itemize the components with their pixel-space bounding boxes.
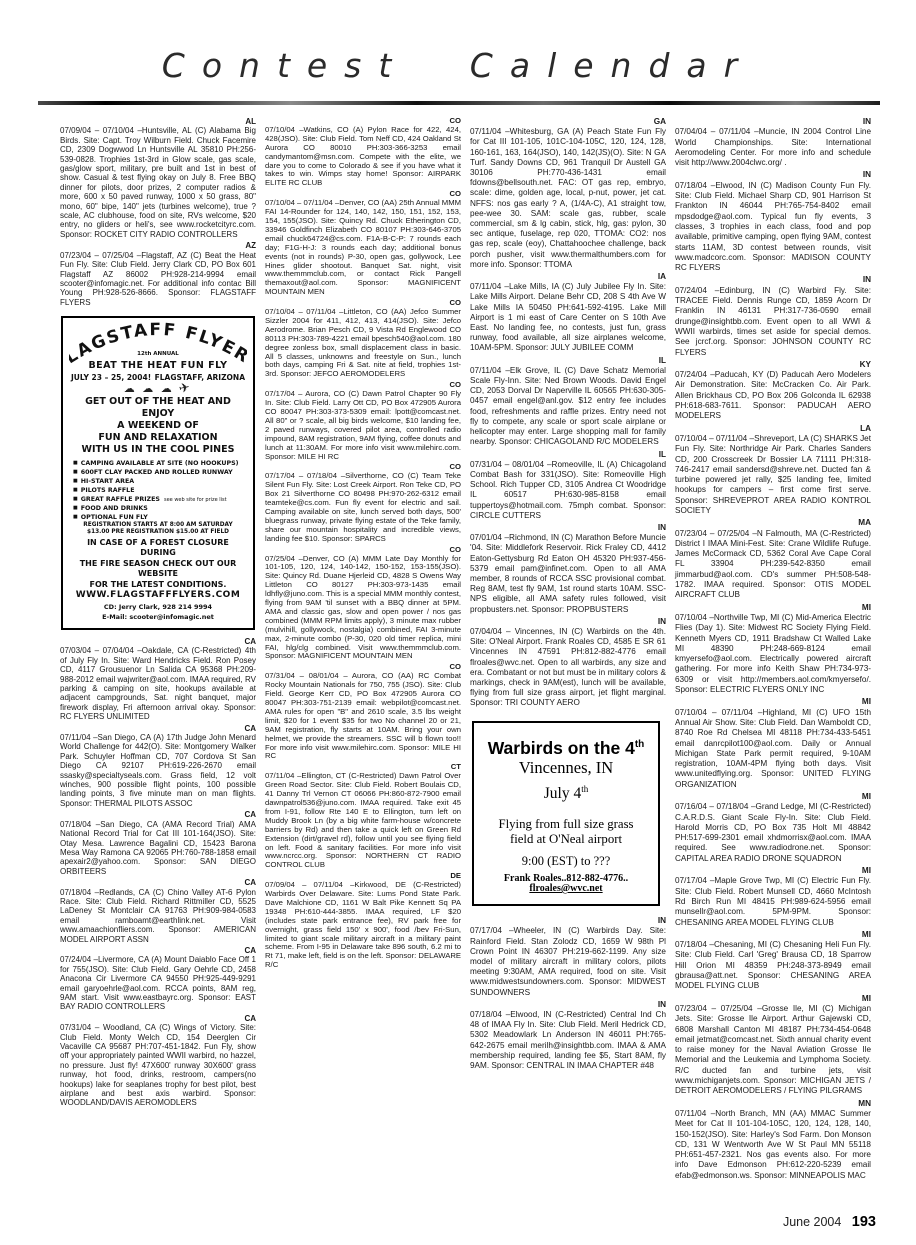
calendar-entry: CA 07/18/04 –San Diego, CA (AMA Record T… [60,810,256,876]
entry-state-label: AL [60,117,256,126]
entry-text: 07/24/04 –Paducah, KY (D) Paducah Aero M… [675,370,871,421]
calendar-entry: CO 07/17/04 – Aurora, CO (C) Dawn Patrol… [265,381,461,461]
entry-text: 07/11/04 –Whitesburg, GA (A) Peach State… [470,127,666,270]
flagstaff-ad-website: WWW.FLAGSTAFFFLYERS.COM [69,591,247,600]
calendar-entry: IN 07/04/04 – 07/11/04 –Muncie, IN 2004 … [675,117,871,168]
calendar-entry: CO 07/25/04 –Denver, CO (A) MMM Late Day… [265,546,461,662]
calendar-entry: LA 07/10/04 – 07/11/04 –Shreveport, LA (… [675,424,871,517]
footer-page-number: 193 [852,1214,876,1230]
entry-state-label: GA [470,117,666,127]
entry-state-label: IA [470,272,666,282]
entry-text: 07/18/04 –Elwood, IN (C-Restricted) Cent… [470,1010,666,1071]
entry-text: 07/11/04 –Lake Mills, IA (C) July Jubile… [470,282,666,353]
calendar-entry: IN 07/01/04 –Richmond, IN (C) Marathon B… [470,523,666,615]
column-3: GA 07/11/04 –Whitesburg, GA (A) Peach St… [470,115,666,1071]
column-1-bottom-entries: CA 07/03/04 – 07/04/04 –Oakdale, CA (C-R… [60,637,256,1108]
entry-state-label: IN [675,117,871,127]
square-bullet-icon: ■ [73,496,78,502]
entry-text: 07/11/04 –Elk Grove, IL (C) Dave Schatz … [470,366,666,448]
entry-state-label: IN [675,170,871,180]
flagstaff-ad-bullet-item: ■OPTIONAL FUN FLY [73,513,247,522]
warbirds-ad-title: Warbirds on the 4th [480,735,652,758]
entry-state-label: IL [470,356,666,366]
entry-text: 07/10/04 –Watkins, CO (A) Pylon Race for… [265,126,461,188]
entry-text: 07/23/04 – 07/25/04 –N Falmouth, MA (C-R… [675,529,871,601]
flagstaff-ad-bullet-item: ■GREAT RAFFLE PRIZESsee web site for pri… [73,495,247,504]
flagstaff-ad-notice-line3: FOR THE LATEST CONDITIONS. [69,580,247,590]
calendar-entry: IN 07/18/04 –Elwood, IN (C) Madison Coun… [675,170,871,273]
flagstaff-ad-line4: WITH US IN THE COOL PINES [69,444,247,456]
warbirds-ad-email: flroales@wvc.net [480,884,652,894]
entry-text: 07/03/04 – 07/04/04 –Oakdale, CA (C-Rest… [60,646,256,721]
calendar-entry: MA 07/23/04 – 07/25/04 –N Falmouth, MA (… [675,518,871,600]
entry-text: 07/11/04 –Ellington, CT (C-Restricted) D… [265,772,461,870]
calendar-entry: CA 07/11/04 –San Diego, CA (A) 17th Judg… [60,724,256,809]
entry-text: 07/04/04 – Vincennes, IN (C) Warbirds on… [470,627,666,709]
entry-state-label: MI [675,603,871,613]
warbirds-ad-body: Flying from full size grass field at O'N… [480,817,652,847]
flagstaff-ad-line3: FUN AND RELAXATION [69,432,247,444]
entry-text: 07/18/04 –San Diego, CA (AMA Record Tria… [60,820,256,876]
flagstaff-ad-notice-line1: IN CASE OF A FOREST CLOSURE DURING [69,538,247,558]
flagstaff-ad-cd-contact: CD: Jerry Clark, 928 214 9994 [69,603,247,612]
column-1: AL 07/09/04 – 07/10/04 –Huntsville, AL (… [60,115,256,1108]
entry-text: 07/10/04 – 07/11/04 –Denver, CO (AA) 25t… [265,199,461,297]
column-4: IN 07/04/04 – 07/11/04 –Muncie, IN 2004 … [675,115,871,1181]
entry-text: 07/18/04 –Chesaning, MI (C) Chesaning He… [675,940,871,991]
masthead: Contest Calendar [0,0,916,85]
footer-issue-date: June 2004 [783,1215,841,1229]
entry-state-label: IN [470,916,666,926]
column-4-entries: IN 07/04/04 – 07/11/04 –Muncie, IN 2004 … [675,117,871,1181]
entry-text: 07/18/04 –Redlands, CA (C) Chino Valley … [60,888,256,944]
calendar-entry: GA 07/11/04 –Whitesburg, GA (A) Peach St… [470,117,666,270]
calendar-entry: DE 07/09/04 – 07/11/04 –Kirkwood, DE (C-… [265,872,461,970]
calendar-entry: CT 07/11/04 –Ellington, CT (C-Restricted… [265,763,461,870]
entry-text: 07/09/04 – 07/10/04 –Huntsville, AL (C) … [60,126,256,239]
entry-text: 07/10/04 – 07/11/04 –Highland, MI (C) UF… [675,708,871,790]
calendar-entry: MI 07/10/04 – 07/11/04 –Highland, MI (C)… [675,697,871,790]
entry-text: 07/04/04 – 07/11/04 –Muncie, IN 2004 Con… [675,127,871,168]
calendar-entry: MI 07/10/04 –Northville Twp, MI (C) Mid-… [675,603,871,696]
entry-state-label: CA [60,878,256,887]
square-bullet-icon: ■ [73,487,78,493]
entry-state-label: MA [675,518,871,528]
flagstaff-ad-date-location: JULY 23 – 25, 2004! FLAGSTAFF, ARIZONA [69,373,247,382]
square-bullet-icon: ■ [73,514,78,520]
flagstaff-ad-date: JULY 23 – 25, 2004! [71,373,151,382]
entry-text: 07/09/04 – 07/11/04 –Kirkwood, DE (C-Res… [265,881,461,970]
entry-state-label: IN [470,1000,666,1010]
calendar-columns: AL 07/09/04 – 07/10/04 –Huntsville, AL (… [0,105,916,1181]
entry-state-label: CA [60,1014,256,1023]
flagstaff-ad-bullet-item: ■CAMPING AVAILABLE AT SITE (NO HOOKUPS) [73,459,247,468]
entry-text: 07/23/04 – 07/25/04 –Grosse Ile, MI (C) … [675,1004,871,1097]
calendar-entry: CA 07/03/04 – 07/04/04 –Oakdale, CA (C-R… [60,637,256,722]
flagstaff-ad-bullet-item: ■PILOTS RAFFLE [73,486,247,495]
flagstaff-ad-bullet-item: ■FOOD AND DRINKS [73,504,247,513]
entry-text: 07/01/04 –Richmond, IN (C) Marathon Befo… [470,533,666,615]
calendar-entry: CO 07/10/04 –Watkins, CO (A) Pylon Race … [265,117,461,188]
entry-text: 07/17/04 –Maple Grove Twp, MI (C) Electr… [675,876,871,927]
entry-text: 07/24/04 –Livermore, CA (A) Mount Daiabl… [60,955,256,1011]
entry-text: 07/10/04 –Northville Twp, MI (C) Mid-Ame… [675,613,871,695]
entry-state-label: LA [675,424,871,434]
square-bullet-icon: ■ [73,460,78,466]
calendar-entry: AL 07/09/04 – 07/10/04 –Huntsville, AL (… [60,117,256,239]
entry-state-label: MI [675,994,871,1004]
calendar-entry: IL 07/11/04 –Elk Grove, IL (C) Dave Scha… [470,356,666,448]
calendar-entry: IN 07/04/04 – Vincennes, IN (C) Warbirds… [470,617,666,709]
flagstaff-ad-notice-line2: THE FIRE SEASON CHECK OUT OUR WEBSITE [69,559,247,579]
flagstaff-ad-subtitle: BEAT THE HEAT FUN FLY [69,361,247,370]
entry-text: 07/17/04 –Wheeler, IN (C) Warbirds Day. … [470,926,666,997]
calendar-entry: KY 07/24/04 –Paducah, KY (D) Paducah Aer… [675,360,871,422]
footer: June 2004 193 [783,1213,876,1231]
calendar-entry: CO 07/17/04 – 07/18/04 –Silverthorne, CO… [265,463,461,543]
calendar-entry: IN 07/24/04 –Edinburg, IN (C) Warbird Fl… [675,275,871,357]
entry-state-label: MI [675,697,871,707]
warbirds-ad: Warbirds on the 4th Vincennes, IN July 4… [472,721,660,907]
entry-state-label: CA [60,810,256,819]
entry-state-label: MI [675,792,871,802]
entry-text: 07/31/04 – Woodland, CA (C) Wings of Vic… [60,1023,256,1108]
calendar-entry: IN 07/18/04 –Elwood, IN (C-Restricted) C… [470,1000,666,1071]
entry-text: 07/25/04 –Denver, CO (A) MMM Late Day Mo… [265,555,461,662]
calendar-entry: IL 07/31/04 – 08/01/04 –Romeoville, IL (… [470,450,666,521]
calendar-entry: MI 07/16/04 – 07/18/04 –Grand Ledge, MI … [675,792,871,864]
calendar-entry: IA 07/11/04 –Lake Mills, IA (C) July Jub… [470,272,666,354]
flagstaff-ad-registration-line2: $13.00 PRE REGISTRATION $15.00 AT FIELD [69,529,247,537]
entry-state-label: MI [675,866,871,876]
square-bullet-icon: ■ [73,478,78,484]
calendar-entry: AZ 07/23/04 – 07/25/04 –Flagstaff, AZ (C… [60,241,256,307]
calendar-entry: MI 07/18/04 –Chesaning, MI (C) Chesaning… [675,930,871,992]
entry-text: 07/10/04 – 07/11/04 –Littleton, CO (AA) … [265,308,461,379]
entry-state-label: IN [470,617,666,627]
page-title: Contest Calendar [0,46,916,85]
column-1-top-entries: AL 07/09/04 – 07/10/04 –Huntsville, AL (… [60,117,256,307]
entry-text: 07/11/04 –San Diego, CA (A) 17th Judge J… [60,733,256,808]
flagstaff-ad-bullet-item: ■600FT CLAY PACKED AND ROLLED RUNWAY [73,468,247,477]
warbirds-ad-city: Vincennes, IN [480,757,652,779]
calendar-entry: MI 07/23/04 – 07/25/04 –Grosse Ile, MI (… [675,994,871,1097]
entry-state-label: CA [60,637,256,646]
entry-state-label: IN [470,523,666,533]
entry-state-label: MI [675,930,871,940]
entry-text: 07/23/04 – 07/25/04 –Flagstaff, AZ (C) B… [60,251,256,307]
magazine-page: Contest Calendar AL 07/09/04 – 07/10/04 … [0,0,916,1245]
entry-text: 07/24/04 –Edinburg, IN (C) Warbird Fly. … [675,286,871,358]
calendar-entry: MN 07/11/04 –North Branch, MN (AA) MMAC … [675,1099,871,1181]
entry-state-label: MN [675,1099,871,1109]
warbirds-ad-time: 9:00 (EST) to ??? [480,856,652,866]
calendar-entry: CA 07/24/04 –Livermore, CA (A) Mount Dai… [60,946,256,1012]
column-3-bottom-entries: IN 07/17/04 –Wheeler, IN (C) Warbirds Da… [470,916,666,1071]
column-3-top-entries: GA 07/11/04 –Whitesburg, GA (A) Peach St… [470,117,666,709]
calendar-entry: CA 07/31/04 – Woodland, CA (C) Wings of … [60,1014,256,1108]
flagstaff-ad-line2: A WEEKEND OF [69,420,247,432]
flagstaff-flyers-ad: FLAGSTAFF FLYERS 12th ANNUAL BEAT THE HE… [61,316,255,630]
column-2: CO 07/10/04 –Watkins, CO (A) Pylon Race … [265,115,461,970]
warbirds-ad-date: July 4th [480,779,652,804]
square-bullet-icon: ■ [73,469,78,475]
entry-text: 07/31/04 – 08/01/04 –Romeoville, IL (A) … [470,460,666,521]
entry-text: 07/17/04 – Aurora, CO (C) Dawn Patrol Ch… [265,390,461,461]
calendar-entry: CO 07/10/04 – 07/11/04 –Littleton, CO (A… [265,299,461,379]
entry-state-label: CA [60,946,256,955]
entry-text: 07/16/04 – 07/18/04 –Grand Ledge, MI (C-… [675,802,871,864]
entry-text: 07/10/04 – 07/11/04 –Shreveport, LA (C) … [675,434,871,516]
flagstaff-ad-bullet-list: ■CAMPING AVAILABLE AT SITE (NO HOOKUPS) … [69,459,247,522]
flagstaff-ad-location: FLAGSTAFF, ARIZONA [155,373,245,382]
flagstaff-ad-line1: GET OUT OF THE HEAT AND ENJOY [69,396,247,420]
entry-text: 07/18/04 –Elwood, IN (C) Madison County … [675,181,871,274]
calendar-entry: IN 07/17/04 –Wheeler, IN (C) Warbirds Da… [470,916,666,998]
airplane-icon: ✈ [178,383,193,395]
entry-text: 07/31/04 – 08/01/04 – Aurora, CO (AA) RC… [265,672,461,761]
entry-state-label: KY [675,360,871,370]
entry-state-label: AZ [60,241,256,250]
clouds-and-airplane-doodle-icon: ☁ ☁ ☁ ✈ [69,384,247,393]
calendar-entry: CO 07/10/04 – 07/11/04 –Denver, CO (AA) … [265,190,461,297]
calendar-entry: MI 07/17/04 –Maple Grove Twp, MI (C) Ele… [675,866,871,928]
entry-state-label: IL [470,450,666,460]
entry-state-label: CA [60,724,256,733]
entry-text: 07/11/04 –North Branch, MN (AA) MMAC Sum… [675,1109,871,1181]
flagstaff-ad-bullet-item: ■HI-START AREA [73,477,247,486]
entry-text: 07/17/04 – 07/18/04 –Silverthorne, CO (C… [265,472,461,543]
calendar-entry: CA 07/18/04 –Redlands, CA (C) Chino Vall… [60,878,256,944]
flagstaff-ad-registration-line1: REGISTRATION STARTS AT 8:00 AM SATURDAY [69,522,247,530]
square-bullet-icon: ■ [73,505,78,511]
flagstaff-ad-email: E-Mail: scooter@infomagic.net [69,613,247,622]
column-2-entries: CO 07/10/04 –Watkins, CO (A) Pylon Race … [265,117,461,970]
entry-state-label: IN [675,275,871,285]
calendar-entry: CO 07/31/04 – 08/01/04 – Aurora, CO (AA)… [265,663,461,761]
